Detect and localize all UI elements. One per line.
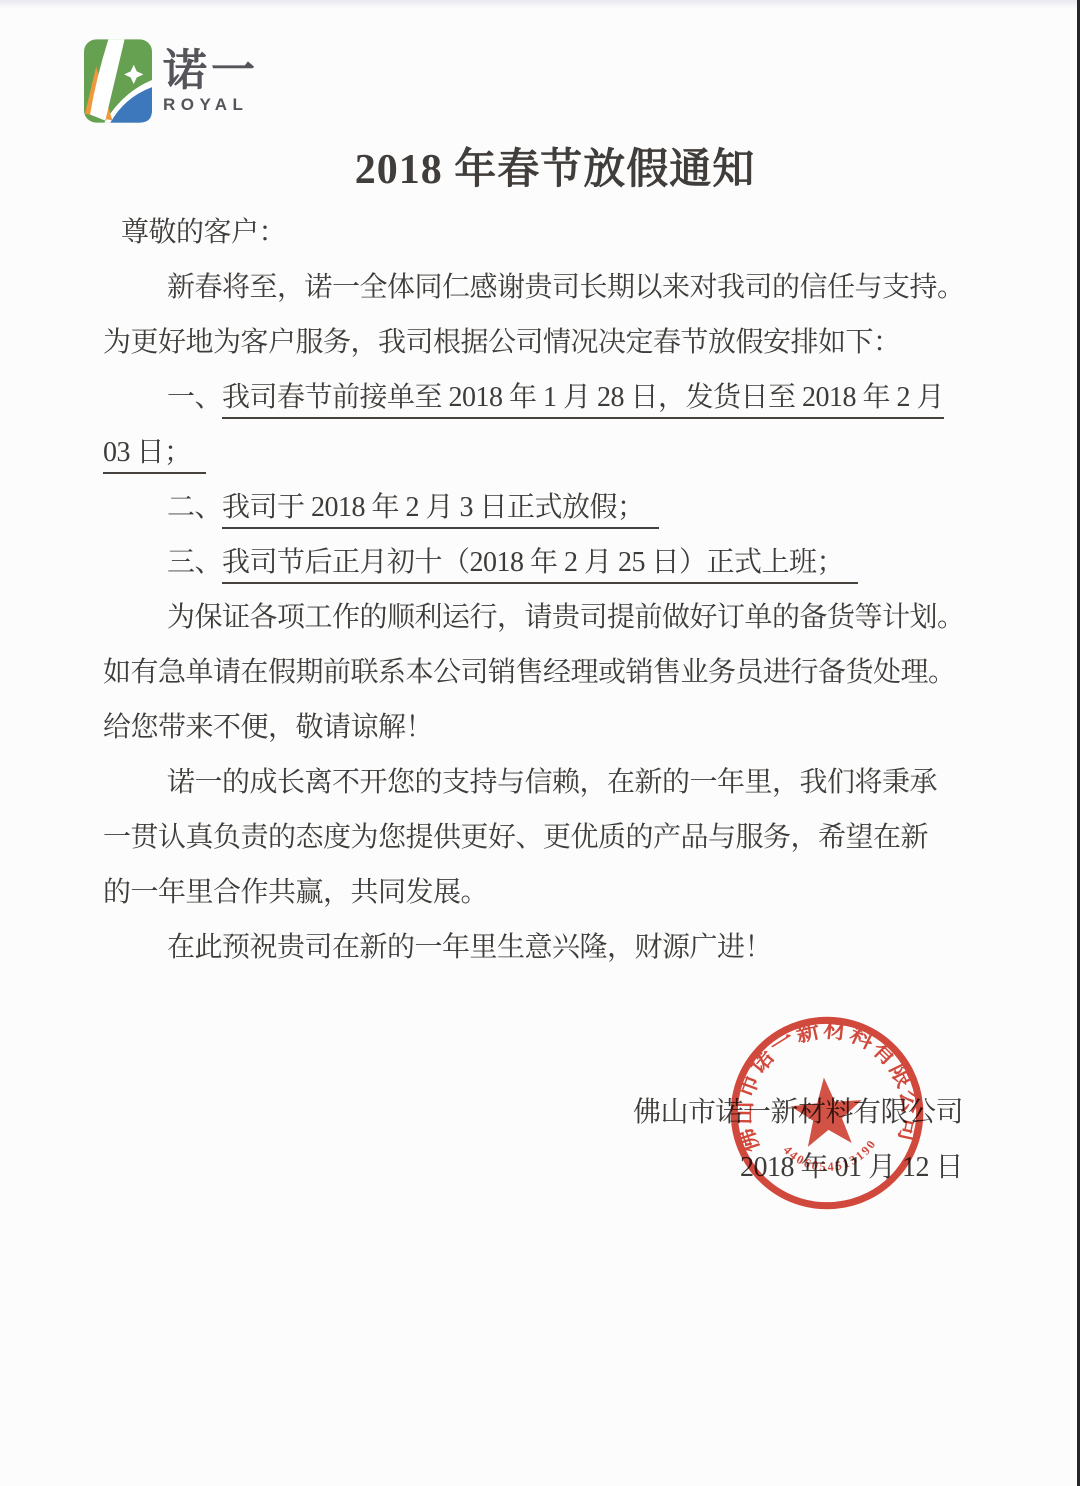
salutation: 尊敬的客户： [103,205,971,260]
item2-underlined-text: 我司于 2018 年 2 月 3 日正式放假； [222,492,659,529]
scan-edge-shadow [0,0,1080,9]
item3-underlined-text: 我司节后正月初十（2018 年 2 月 25 日）正式上班； [222,547,858,584]
svg-text:4406054513190: 4406054513190 [780,1135,882,1178]
brand-name-chinese: 诺一 [163,48,363,94]
seal-star-icon [788,1074,865,1148]
notice-title: 2018 年春节放假通知 [0,136,1080,196]
brand-wordmark: 诺一 ROYAL [163,48,363,114]
royal-logo-icon [84,39,152,123]
item3-line: 三、我司节后正月初十（2018 年 2 月 25 日）正式上班； [103,535,971,590]
paragraph2-line3: 给您带来不便，敬请谅解！ [103,700,971,755]
paragraph2-line2: 如有急单请在假期前联系本公司销售经理或销售业务员进行备货处理。 [103,645,971,700]
item1-line2: 03 日； [103,425,971,480]
paragraph2-line1: 为保证各项工作的顺利运行，请贵司提前做好订单的备货等计划。 [103,590,971,645]
paragraph1-line1: 新春将至，诺一全体同仁感谢贵司长期以来对我司的信任与支持。 [103,260,971,315]
item1-number: 一、 [167,382,222,413]
paragraph3-line1: 诺一的成长离不开您的支持与信赖，在新的一年里，我们将秉承 [103,755,971,810]
item1-underlined-continuation: 03 日； [103,437,206,474]
paragraph3-line3: 的一年里合作共赢，共同发展。 [103,865,971,920]
notice-body: 尊敬的客户： 新春将至，诺一全体同仁感谢贵司长期以来对我司的信任与支持。 为更好… [103,205,971,975]
item3-number: 三、 [167,547,222,578]
item2-number: 二、 [167,492,222,523]
paragraph3-line2: 一贯认真负责的态度为您提供更好、更优质的产品与服务，希望在新 [103,810,971,865]
company-seal-stamp: 佛山市诺一新材料有限公司 4406054513190 [711,997,943,1229]
brand-name-english: ROYAL [163,96,363,114]
item1-underlined-text: 我司春节前接单至 2018 年 1 月 28 日，发货日至 2018 年 2 月 [222,382,944,419]
paragraph4-line1: 在此预祝贵司在新的一年里生意兴隆，财源广进！ [103,920,971,975]
paragraph1-line2: 为更好地为客户服务，我司根据公司情况决定春节放假安排如下： [103,315,971,370]
seal-number-arc-text: 4406054513190 [780,1135,882,1178]
item2-line: 二、我司于 2018 年 2 月 3 日正式放假； [103,480,971,535]
item1-line1: 一、我司春节前接单至 2018 年 1 月 28 日，发货日至 2018 年 2… [103,370,971,425]
